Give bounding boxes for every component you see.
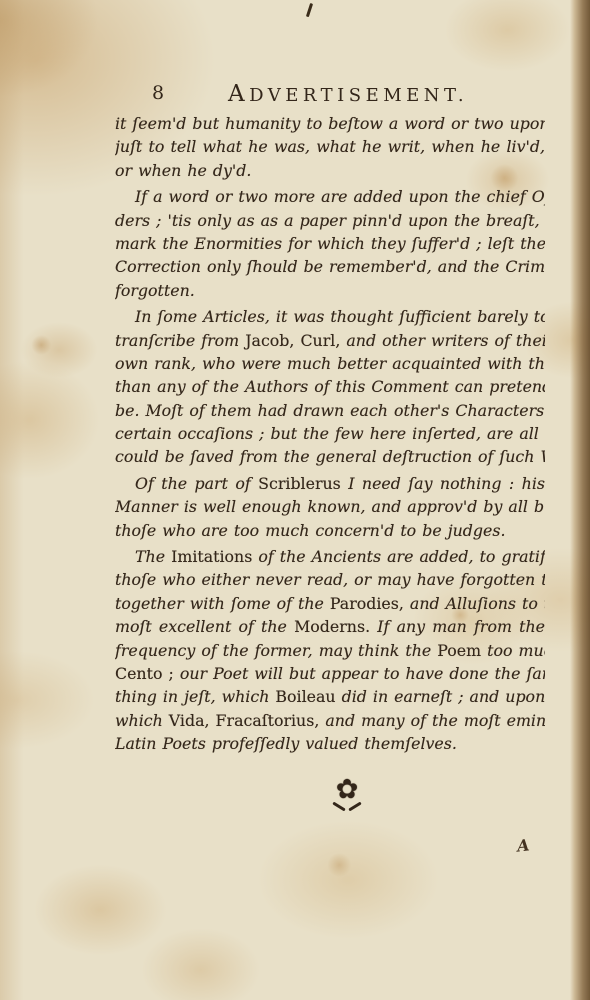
text-line: could be ſaved from the general deſtruct… bbox=[115, 445, 545, 468]
italic-text-segment: thoſe who either never read, or may have… bbox=[115, 570, 545, 589]
italic-text-segment: moſt excellent of the bbox=[115, 617, 294, 636]
italic-text-segment: it ſeem'd but humanity to beſtow a word … bbox=[115, 114, 545, 133]
text-line: Correction only ſhould be remember'd, an… bbox=[115, 255, 545, 278]
text-line: certain occaſions ; but the few here inſ… bbox=[115, 422, 545, 445]
italic-text-segment: Correction only ſhould be remember'd, an… bbox=[115, 257, 545, 276]
page-number: 8 bbox=[152, 82, 165, 104]
text-line: Latin Poets profeſſedly valued themſelve… bbox=[115, 732, 545, 755]
paragraph: Of the part of Scriblerus I need ſay not… bbox=[115, 472, 545, 542]
signature-mark: A bbox=[516, 835, 530, 855]
italic-text-segment: forgotten. bbox=[115, 281, 195, 300]
italic-text-segment: than any of the Authors of this Comment … bbox=[115, 377, 545, 396]
roman-text-segment: Poem bbox=[437, 641, 481, 660]
italic-text-segment: thing in jeſt, which bbox=[115, 687, 275, 706]
italic-text-segment: I need ſay nothing : his bbox=[341, 474, 545, 493]
book-page-scan: 8 ADVERTISEMENT. it ſeem'd but humanity … bbox=[0, 0, 590, 1000]
italic-text-segment: Latin Poets profeſſedly valued themſelve… bbox=[115, 734, 457, 753]
italic-text-segment: could be ſaved from the general deſtruct… bbox=[115, 447, 545, 466]
text-line: which Vida, Fracaſtorius, and many of th… bbox=[115, 709, 545, 732]
italic-text-segment: frequency of the former, may think the bbox=[115, 641, 437, 660]
text-line: moſt excellent of the Moderns. If any ma… bbox=[115, 615, 545, 638]
italic-text-segment: thoſe who are too much concern'd to be j… bbox=[115, 521, 505, 540]
italic-text-segment: Of the part of bbox=[135, 474, 258, 493]
italic-text-segment: and many of the moſt eminent bbox=[319, 711, 545, 730]
text-line: juſt to tell what he was, what he writ, … bbox=[115, 135, 545, 158]
text-line: In ſome Articles, it was thought ſuffici… bbox=[115, 305, 545, 328]
text-line: or when he dy'd. bbox=[115, 159, 545, 182]
italic-text-segment: of the Ancients are added, to gratify bbox=[252, 547, 545, 566]
roman-text-segment: Imitations bbox=[171, 547, 252, 566]
italic-text-segment: together with ſome of the bbox=[115, 594, 330, 613]
text-line: it ſeem'd but humanity to beſtow a word … bbox=[115, 112, 545, 135]
italic-text-segment: or when he dy'd. bbox=[115, 161, 251, 180]
roman-text-segment: Scriblerus bbox=[258, 474, 341, 493]
text-line: Manner is well enough known, and approv'… bbox=[115, 495, 545, 518]
italic-text-segment: certain occaſions ; but the few here inſ… bbox=[115, 424, 545, 443]
italic-text-segment: The bbox=[135, 547, 171, 566]
paragraph: In ſome Articles, it was thought ſuffici… bbox=[115, 305, 545, 469]
italic-text-segment: Manner is well enough known, and approv'… bbox=[115, 497, 545, 516]
text-line: ders ; 'tis only as as a paper pinn'd up… bbox=[115, 209, 545, 232]
text-line: Of the part of Scriblerus I need ſay not… bbox=[115, 472, 545, 495]
paragraph: The Imitations of the Ancients are added… bbox=[115, 545, 545, 756]
text-block: it ſeem'd but humanity to beſtow a word … bbox=[115, 112, 545, 756]
text-line: thing in jeſt, which Boileau did in earn… bbox=[115, 685, 545, 708]
paragraph: If a word or two more are added upon the… bbox=[115, 185, 545, 302]
italic-text-segment: juſt to tell what he was, what he writ, … bbox=[115, 137, 545, 156]
italic-text-segment: ders ; 'tis only as as a paper pinn'd up… bbox=[115, 211, 545, 230]
roman-text-segment: Boileau bbox=[275, 687, 335, 706]
roman-text-segment: Moderns. bbox=[294, 617, 370, 636]
italic-text-segment: our Poet will but appear to have done th… bbox=[174, 664, 545, 683]
italic-text-segment: own rank, who were much better acquainte… bbox=[115, 354, 545, 373]
text-line: mark the Enormities for which they ſuffe… bbox=[115, 232, 545, 255]
roman-text-segment: Vida, Fracaſtorius, bbox=[169, 711, 320, 730]
fleuron-ornament-icon: ✿ bbox=[324, 776, 370, 804]
roman-text-segment: Jacob, Curl, bbox=[245, 331, 340, 350]
italic-text-segment: which bbox=[115, 711, 169, 730]
text-line: own rank, who were much better acquainte… bbox=[115, 352, 545, 375]
text-line: together with ſome of the Parodies, and … bbox=[115, 592, 545, 615]
text-line: thoſe who are too much concern'd to be j… bbox=[115, 519, 545, 542]
italic-text-segment: If a word or two more are added upon the… bbox=[135, 187, 545, 206]
italic-text-segment: too much a bbox=[481, 641, 545, 660]
text-line: frequency of the former, may think the P… bbox=[115, 639, 545, 662]
italic-text-segment: be. Moſt of them had drawn each other's … bbox=[115, 401, 545, 420]
italic-text-segment: did in earneſt ; and upon bbox=[336, 687, 545, 706]
page-title: ADVERTISEMENT. bbox=[228, 81, 508, 107]
fleuron-ornament: ✿ bbox=[324, 776, 370, 820]
text-line: tranſcribe from Jacob, Curl, and other w… bbox=[115, 329, 545, 352]
roman-text-segment: Cento ; bbox=[115, 664, 174, 683]
text-line: The Imitations of the Ancients are added… bbox=[115, 545, 545, 568]
text-line: If a word or two more are added upon the… bbox=[115, 185, 545, 208]
text-line: Cento ; our Poet will but appear to have… bbox=[115, 662, 545, 685]
text-line: be. Moſt of them had drawn each other's … bbox=[115, 399, 545, 422]
italic-text-segment: tranſcribe from bbox=[115, 331, 245, 350]
roman-text-segment: Parodies, bbox=[330, 594, 404, 613]
text-line: forgotten. bbox=[115, 279, 545, 302]
italic-text-segment: In ſome Articles, it was thought ſuffici… bbox=[135, 307, 545, 326]
italic-text-segment: If any man from the bbox=[370, 617, 545, 636]
text-line: thoſe who either never read, or may have… bbox=[115, 568, 545, 591]
paragraph: it ſeem'd but humanity to beſtow a word … bbox=[115, 112, 545, 182]
italic-text-segment: mark the Enormities for which they ſuffe… bbox=[115, 234, 545, 253]
text-line: than any of the Authors of this Comment … bbox=[115, 375, 545, 398]
italic-text-segment: and Alluſions to the bbox=[404, 594, 545, 613]
italic-text-segment: and other writers of their bbox=[340, 331, 545, 350]
stray-ink-mark bbox=[306, 3, 313, 17]
